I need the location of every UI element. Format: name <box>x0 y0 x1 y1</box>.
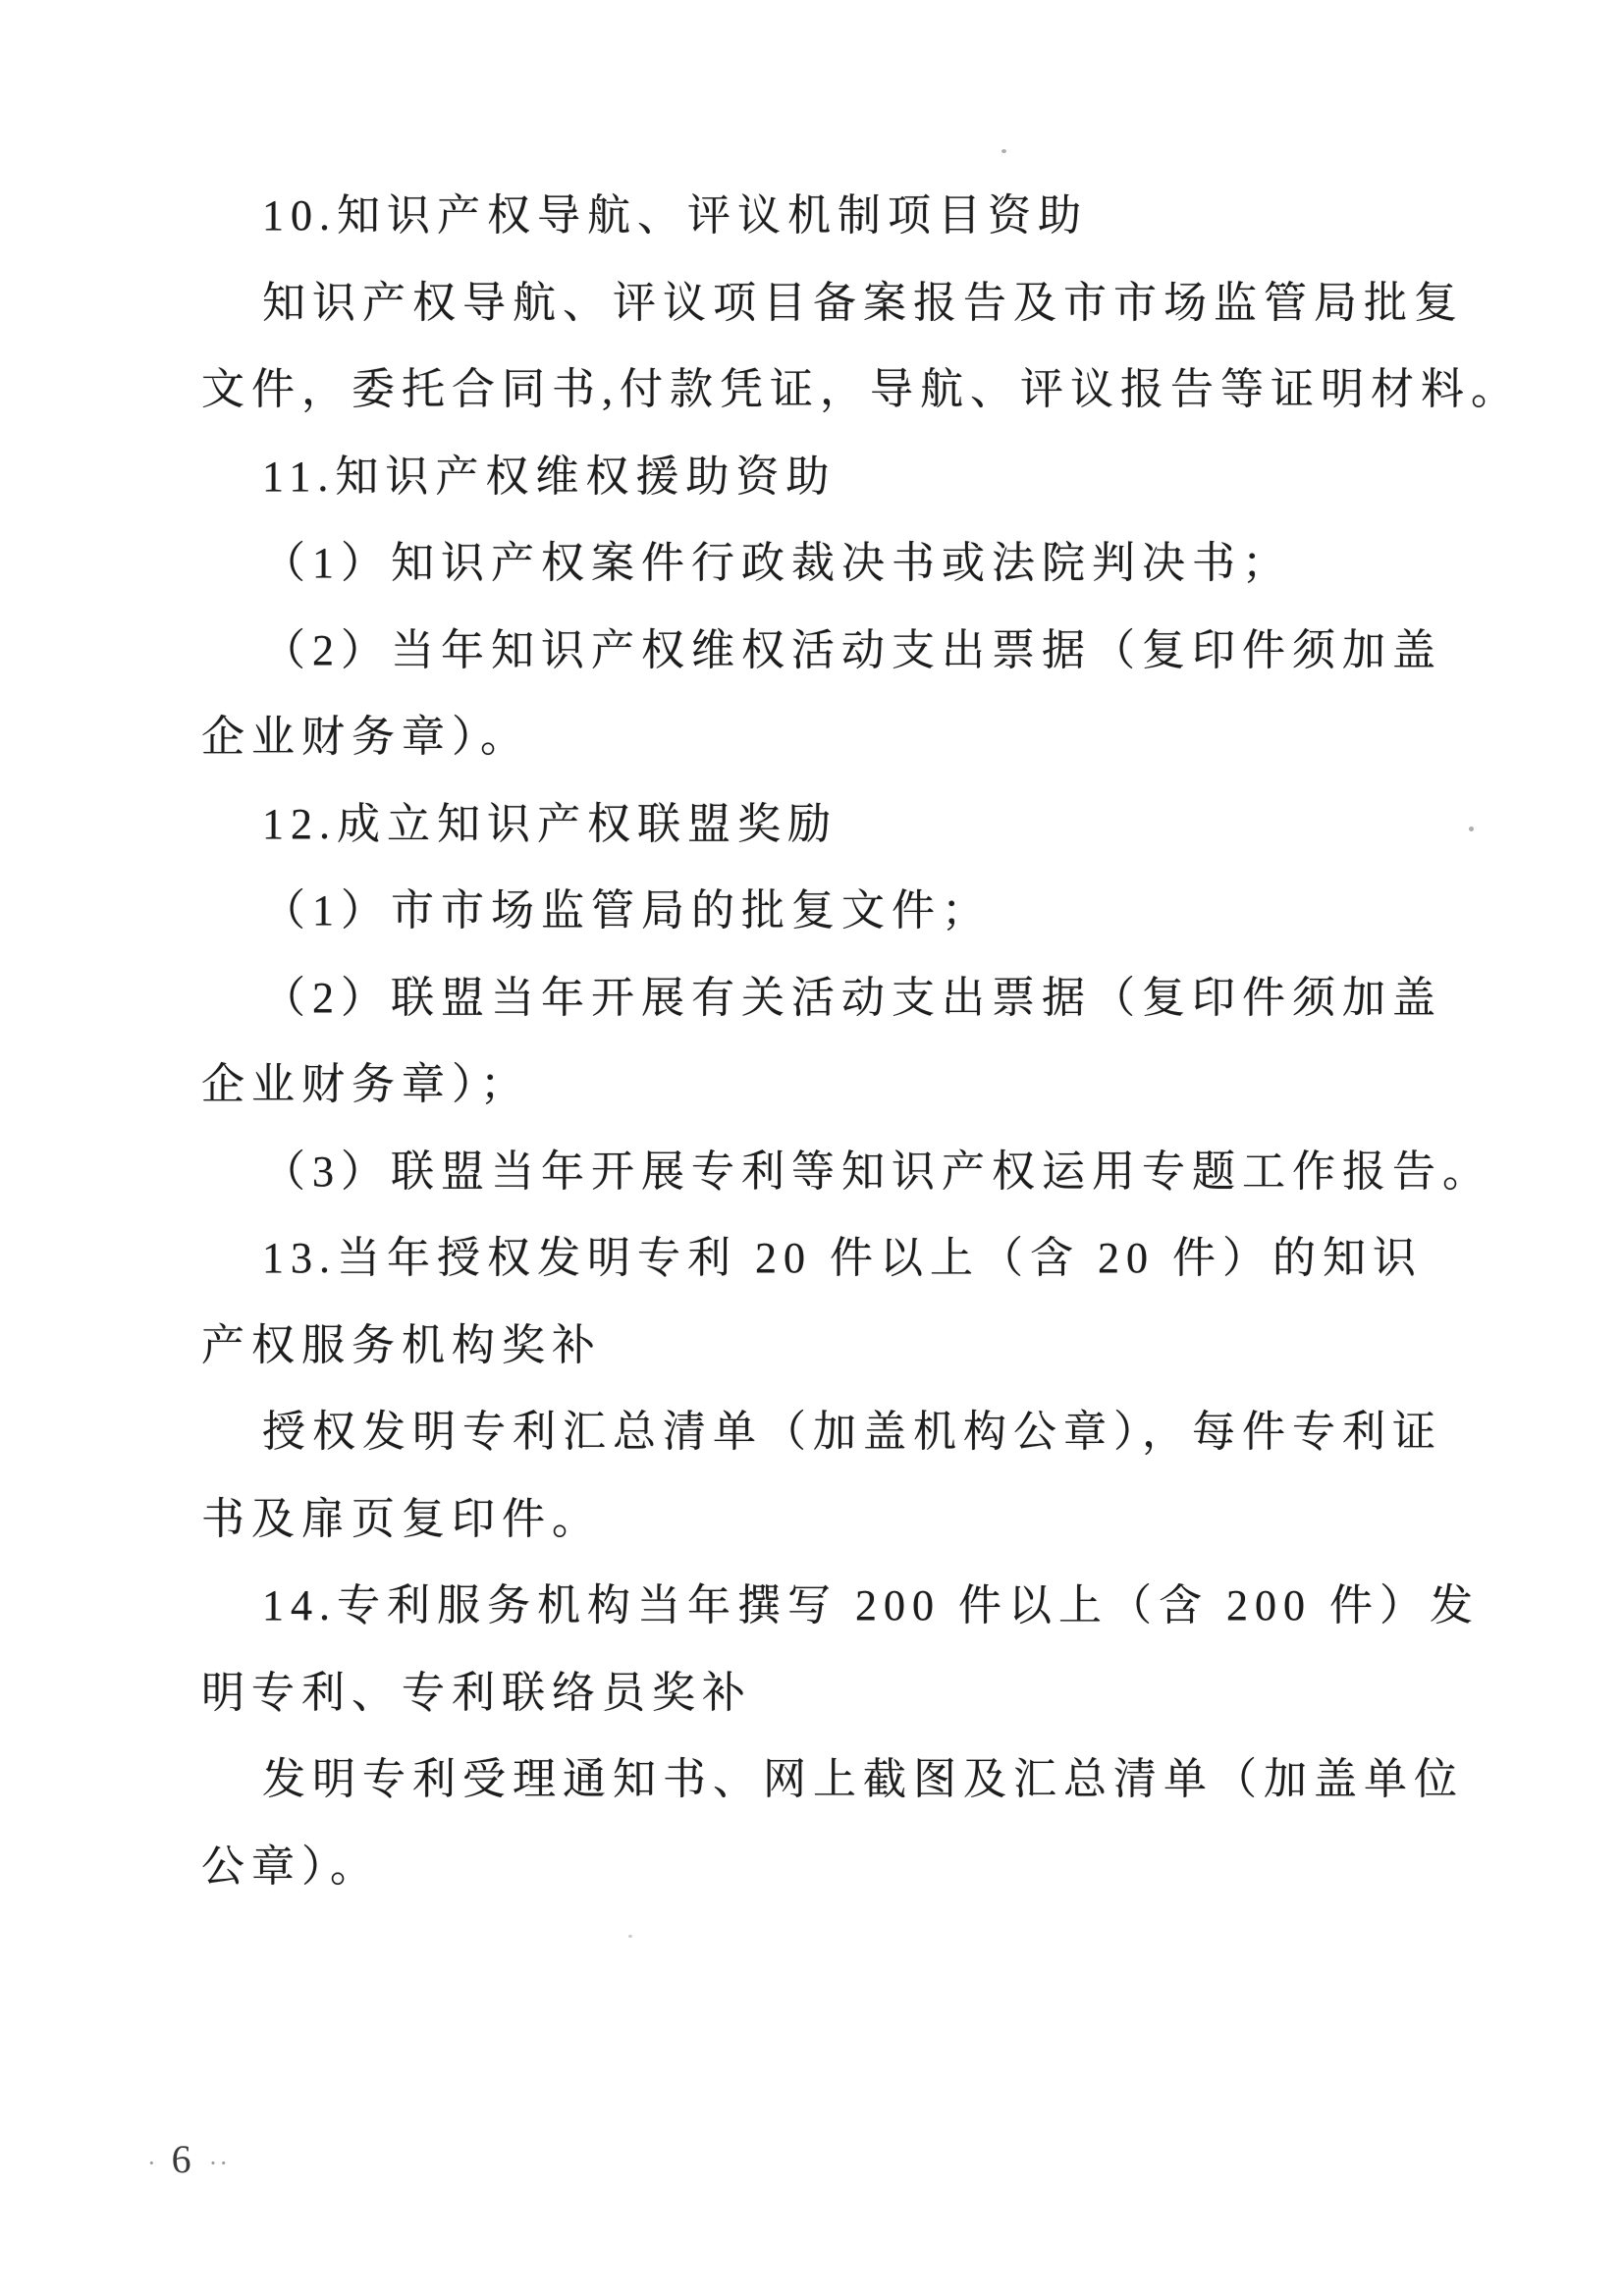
text-line-12: （3）联盟当年开展专利等知识产权运用专题工作报告。 <box>201 1129 1478 1216</box>
page-number: 6 <box>172 2137 195 2181</box>
document-body: 10.知识产权导航、评议机制项目资助知识产权导航、评议项目备案报告及市市场监管局… <box>201 173 1478 1910</box>
text-line-14: 产权服务机构奖补 <box>201 1303 1478 1390</box>
text-line-11: 企业财务章）； <box>201 1041 1478 1129</box>
scan-speck <box>628 1935 632 1938</box>
text-line-15: 授权发明专利汇总清单（加盖机构公章），每件专利证 <box>201 1389 1478 1476</box>
text-line-19: 发明专利受理通知书、网上截图及汇总清单（加盖单位 <box>201 1736 1478 1824</box>
text-line-16: 书及扉页复印件。 <box>201 1476 1478 1564</box>
text-line-3: 文件，委托合同书,付款凭证，导航、评议报告等证明材料。 <box>201 347 1478 434</box>
footer-left-mark: · <box>147 2149 158 2177</box>
text-line-17: 14.专利服务机构当年撰写 200 件以上（含 200 件）发 <box>201 1563 1478 1650</box>
text-line-9: （1）市市场监管局的批复文件； <box>201 868 1478 955</box>
scan-speck <box>1001 149 1006 153</box>
page-footer: · 6 ·· <box>147 2136 230 2182</box>
text-line-13: 13.当年授权发明专利 20 件以上（含 20 件）的知识 <box>201 1215 1478 1303</box>
document-page: 10.知识产权导航、评议机制项目资助知识产权导航、评议项目备案报告及市市场监管局… <box>0 0 1623 2296</box>
text-line-5: （1）知识产权案件行政裁决书或法院判决书； <box>201 520 1478 608</box>
text-line-6: （2）当年知识产权维权活动支出票据（复印件须加盖 <box>201 608 1478 695</box>
text-line-18: 明专利、专利联络员奖补 <box>201 1650 1478 1737</box>
text-line-4: 11.知识产权维权援助资助 <box>201 434 1478 521</box>
footer-right-mark: ·· <box>209 2149 230 2177</box>
scan-speck <box>1469 827 1474 831</box>
text-line-10: （2）联盟当年开展有关活动支出票据（复印件须加盖 <box>201 955 1478 1042</box>
text-line-20: 公章）。 <box>201 1824 1478 1911</box>
text-line-2: 知识产权导航、评议项目备案报告及市市场监管局批复 <box>201 260 1478 347</box>
text-line-7: 企业财务章）。 <box>201 694 1478 781</box>
text-line-8: 12.成立知识产权联盟奖励 <box>201 781 1478 869</box>
text-line-1: 10.知识产权导航、评议机制项目资助 <box>201 173 1478 260</box>
